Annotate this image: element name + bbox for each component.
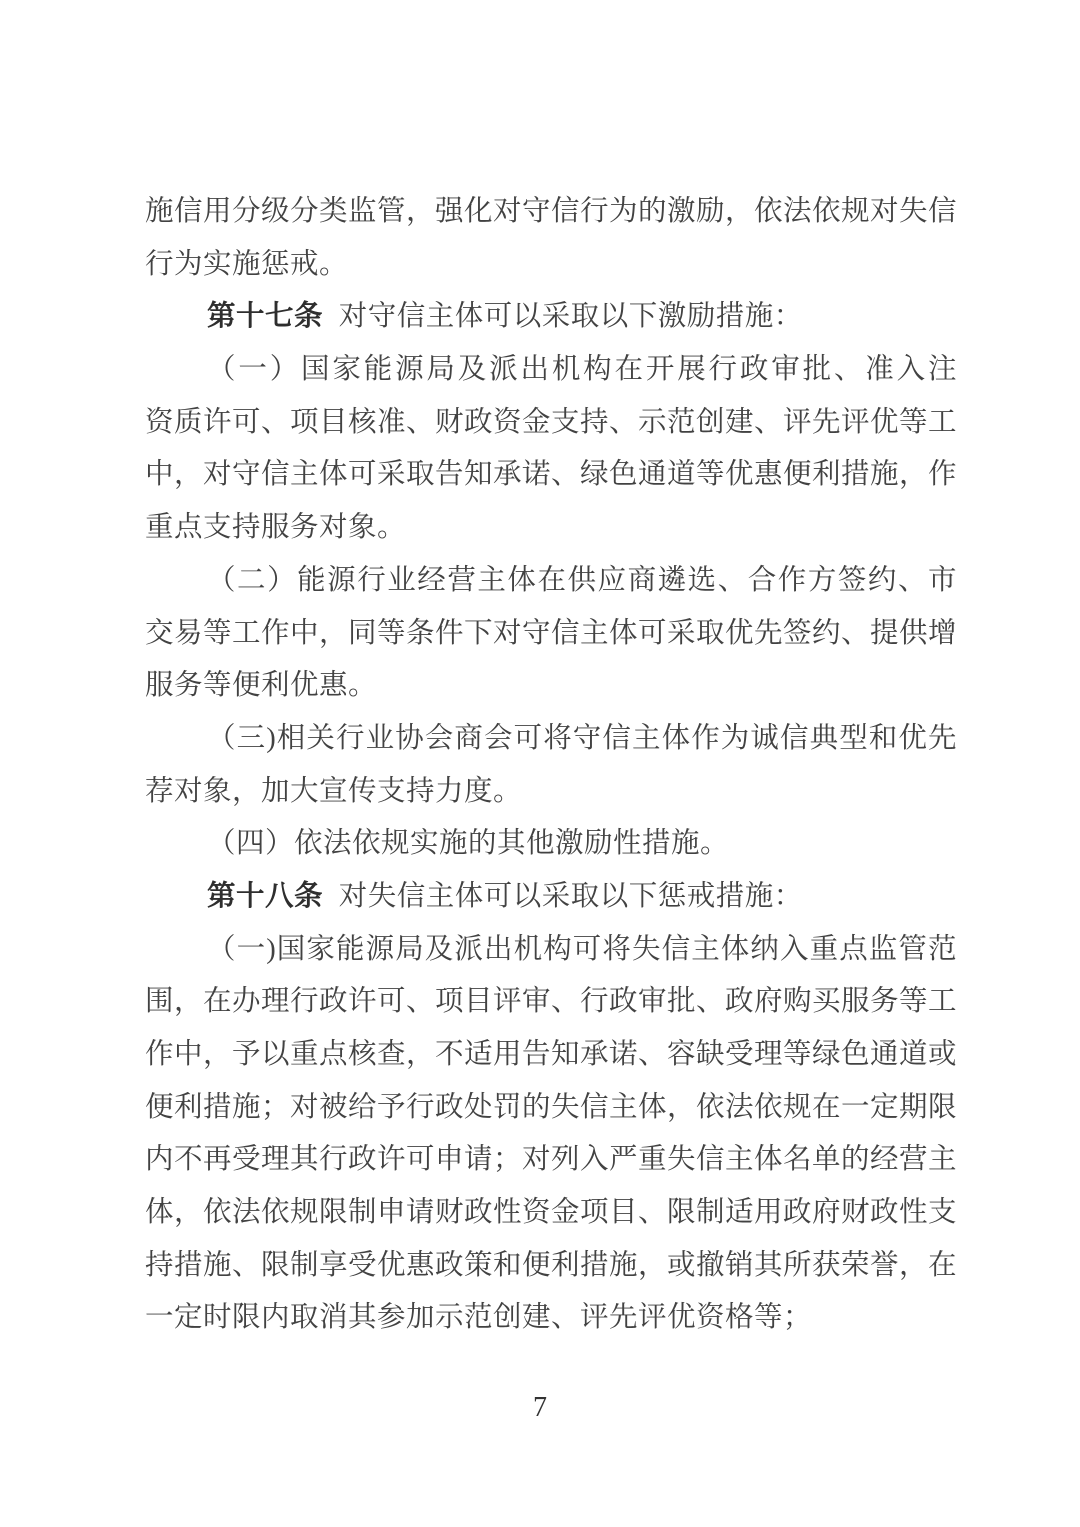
text-line: 作中，予以重点核查，不适用告知承诺、容缺受理等绿色通道或 — [145, 1029, 957, 1082]
line-text: 作中，予以重点核查，不适用告知承诺、容缺受理等绿色通道或 — [145, 1039, 957, 1070]
text-line: 行为实施惩戒。 — [145, 239, 957, 292]
line-text: 中，对守信主体可采取告知承诺、绿色通道等优惠便利措施，作为 — [145, 459, 957, 502]
text-line: 一定时限内取消其参加示范创建、评先评优资格等； — [145, 1292, 957, 1345]
text-line: 施信用分级分类监管，强化对守信行为的激励，依法依规对失信 — [145, 186, 957, 239]
line-text: 对守信主体可以采取以下激励措施： — [339, 301, 803, 332]
line-text: 交易等工作中，同等条件下对守信主体可采取优先签约、提供增值 — [145, 618, 957, 661]
text-line: （三)相关行业协会商会可将守信主体作为诚信典型和优先推 — [145, 713, 957, 766]
document-page: 施信用分级分类监管，强化对守信行为的激励，依法依规对失信行为实施惩戒。第十七条对… — [0, 0, 1080, 1527]
text-line: 第十八条对失信主体可以采取以下惩戒措施： — [145, 871, 957, 924]
line-text: （四）依法依规实施的其他激励性措施。 — [207, 828, 729, 859]
text-line: （一）国家能源局及派出机构在开展行政审批、准入注册、 — [145, 344, 957, 397]
text-line: （二）能源行业经营主体在供应商遴选、合作方签约、市场化 — [145, 555, 957, 608]
article-number: 第十七条 — [207, 301, 323, 332]
document-body: 施信用分级分类监管，强化对守信行为的激励，依法依规对失信行为实施惩戒。第十七条对… — [145, 186, 957, 1345]
text-line: 围，在办理行政许可、项目评审、行政审批、政府购买服务等工 — [145, 976, 957, 1029]
line-text: （一）国家能源局及派出机构在开展行政审批、准入注册、 — [145, 354, 957, 397]
text-line: 交易等工作中，同等条件下对守信主体可采取优先签约、提供增值 — [145, 608, 957, 661]
line-text: 体，依法依规限制申请财政性资金项目、限制适用政府财政性支 — [145, 1197, 957, 1228]
line-text: （三)相关行业协会商会可将守信主体作为诚信典型和优先推 — [145, 723, 957, 766]
line-text: 资质许可、项目核准、财政资金支持、示范创建、评先评优等工作 — [145, 407, 957, 450]
line-text: （一)国家能源局及派出机构可将失信主体纳入重点监管范 — [207, 934, 957, 965]
line-text: 荐对象，加大宣传支持力度。 — [145, 776, 522, 807]
text-line: 便利措施；对被给予行政处罚的失信主体，依法依规在一定期限 — [145, 1082, 957, 1135]
text-line: 重点支持服务对象。 — [145, 502, 957, 555]
text-line: （四）依法依规实施的其他激励性措施。 — [145, 818, 957, 871]
text-line: 资质许可、项目核准、财政资金支持、示范创建、评先评优等工作 — [145, 397, 957, 450]
page-number: 7 — [0, 1392, 1080, 1424]
text-line: 中，对守信主体可采取告知承诺、绿色通道等优惠便利措施，作为 — [145, 449, 957, 502]
line-text: 重点支持服务对象。 — [145, 512, 406, 543]
line-text: 内不再受理其行政许可申请；对列入严重失信主体名单的经营主 — [145, 1144, 957, 1175]
line-text: 一定时限内取消其参加示范创建、评先评优资格等； — [145, 1302, 812, 1333]
text-line: 体，依法依规限制申请财政性资金项目、限制适用政府财政性支 — [145, 1187, 957, 1240]
text-line: 第十七条对守信主体可以采取以下激励措施： — [145, 291, 957, 344]
text-line: 持措施、限制享受优惠政策和便利措施，或撤销其所获荣誉，在 — [145, 1240, 957, 1293]
line-text: 施信用分级分类监管，强化对守信行为的激励，依法依规对失信 — [145, 196, 957, 227]
text-line: 内不再受理其行政许可申请；对列入严重失信主体名单的经营主 — [145, 1134, 957, 1187]
line-text: 服务等便利优惠。 — [145, 670, 377, 701]
line-text: 行为实施惩戒。 — [145, 249, 348, 280]
line-text: 对失信主体可以采取以下惩戒措施： — [339, 881, 803, 912]
line-text: 持措施、限制享受优惠政策和便利措施，或撤销其所获荣誉，在 — [145, 1250, 957, 1281]
text-line: （一)国家能源局及派出机构可将失信主体纳入重点监管范 — [145, 924, 957, 977]
article-number: 第十八条 — [207, 881, 323, 912]
text-line: 荐对象，加大宣传支持力度。 — [145, 766, 957, 819]
line-text: （二）能源行业经营主体在供应商遴选、合作方签约、市场化 — [145, 565, 957, 608]
line-text: 便利措施；对被给予行政处罚的失信主体，依法依规在一定期限 — [145, 1092, 957, 1123]
line-text: 围，在办理行政许可、项目评审、行政审批、政府购买服务等工 — [145, 986, 957, 1017]
text-line: 服务等便利优惠。 — [145, 660, 957, 713]
